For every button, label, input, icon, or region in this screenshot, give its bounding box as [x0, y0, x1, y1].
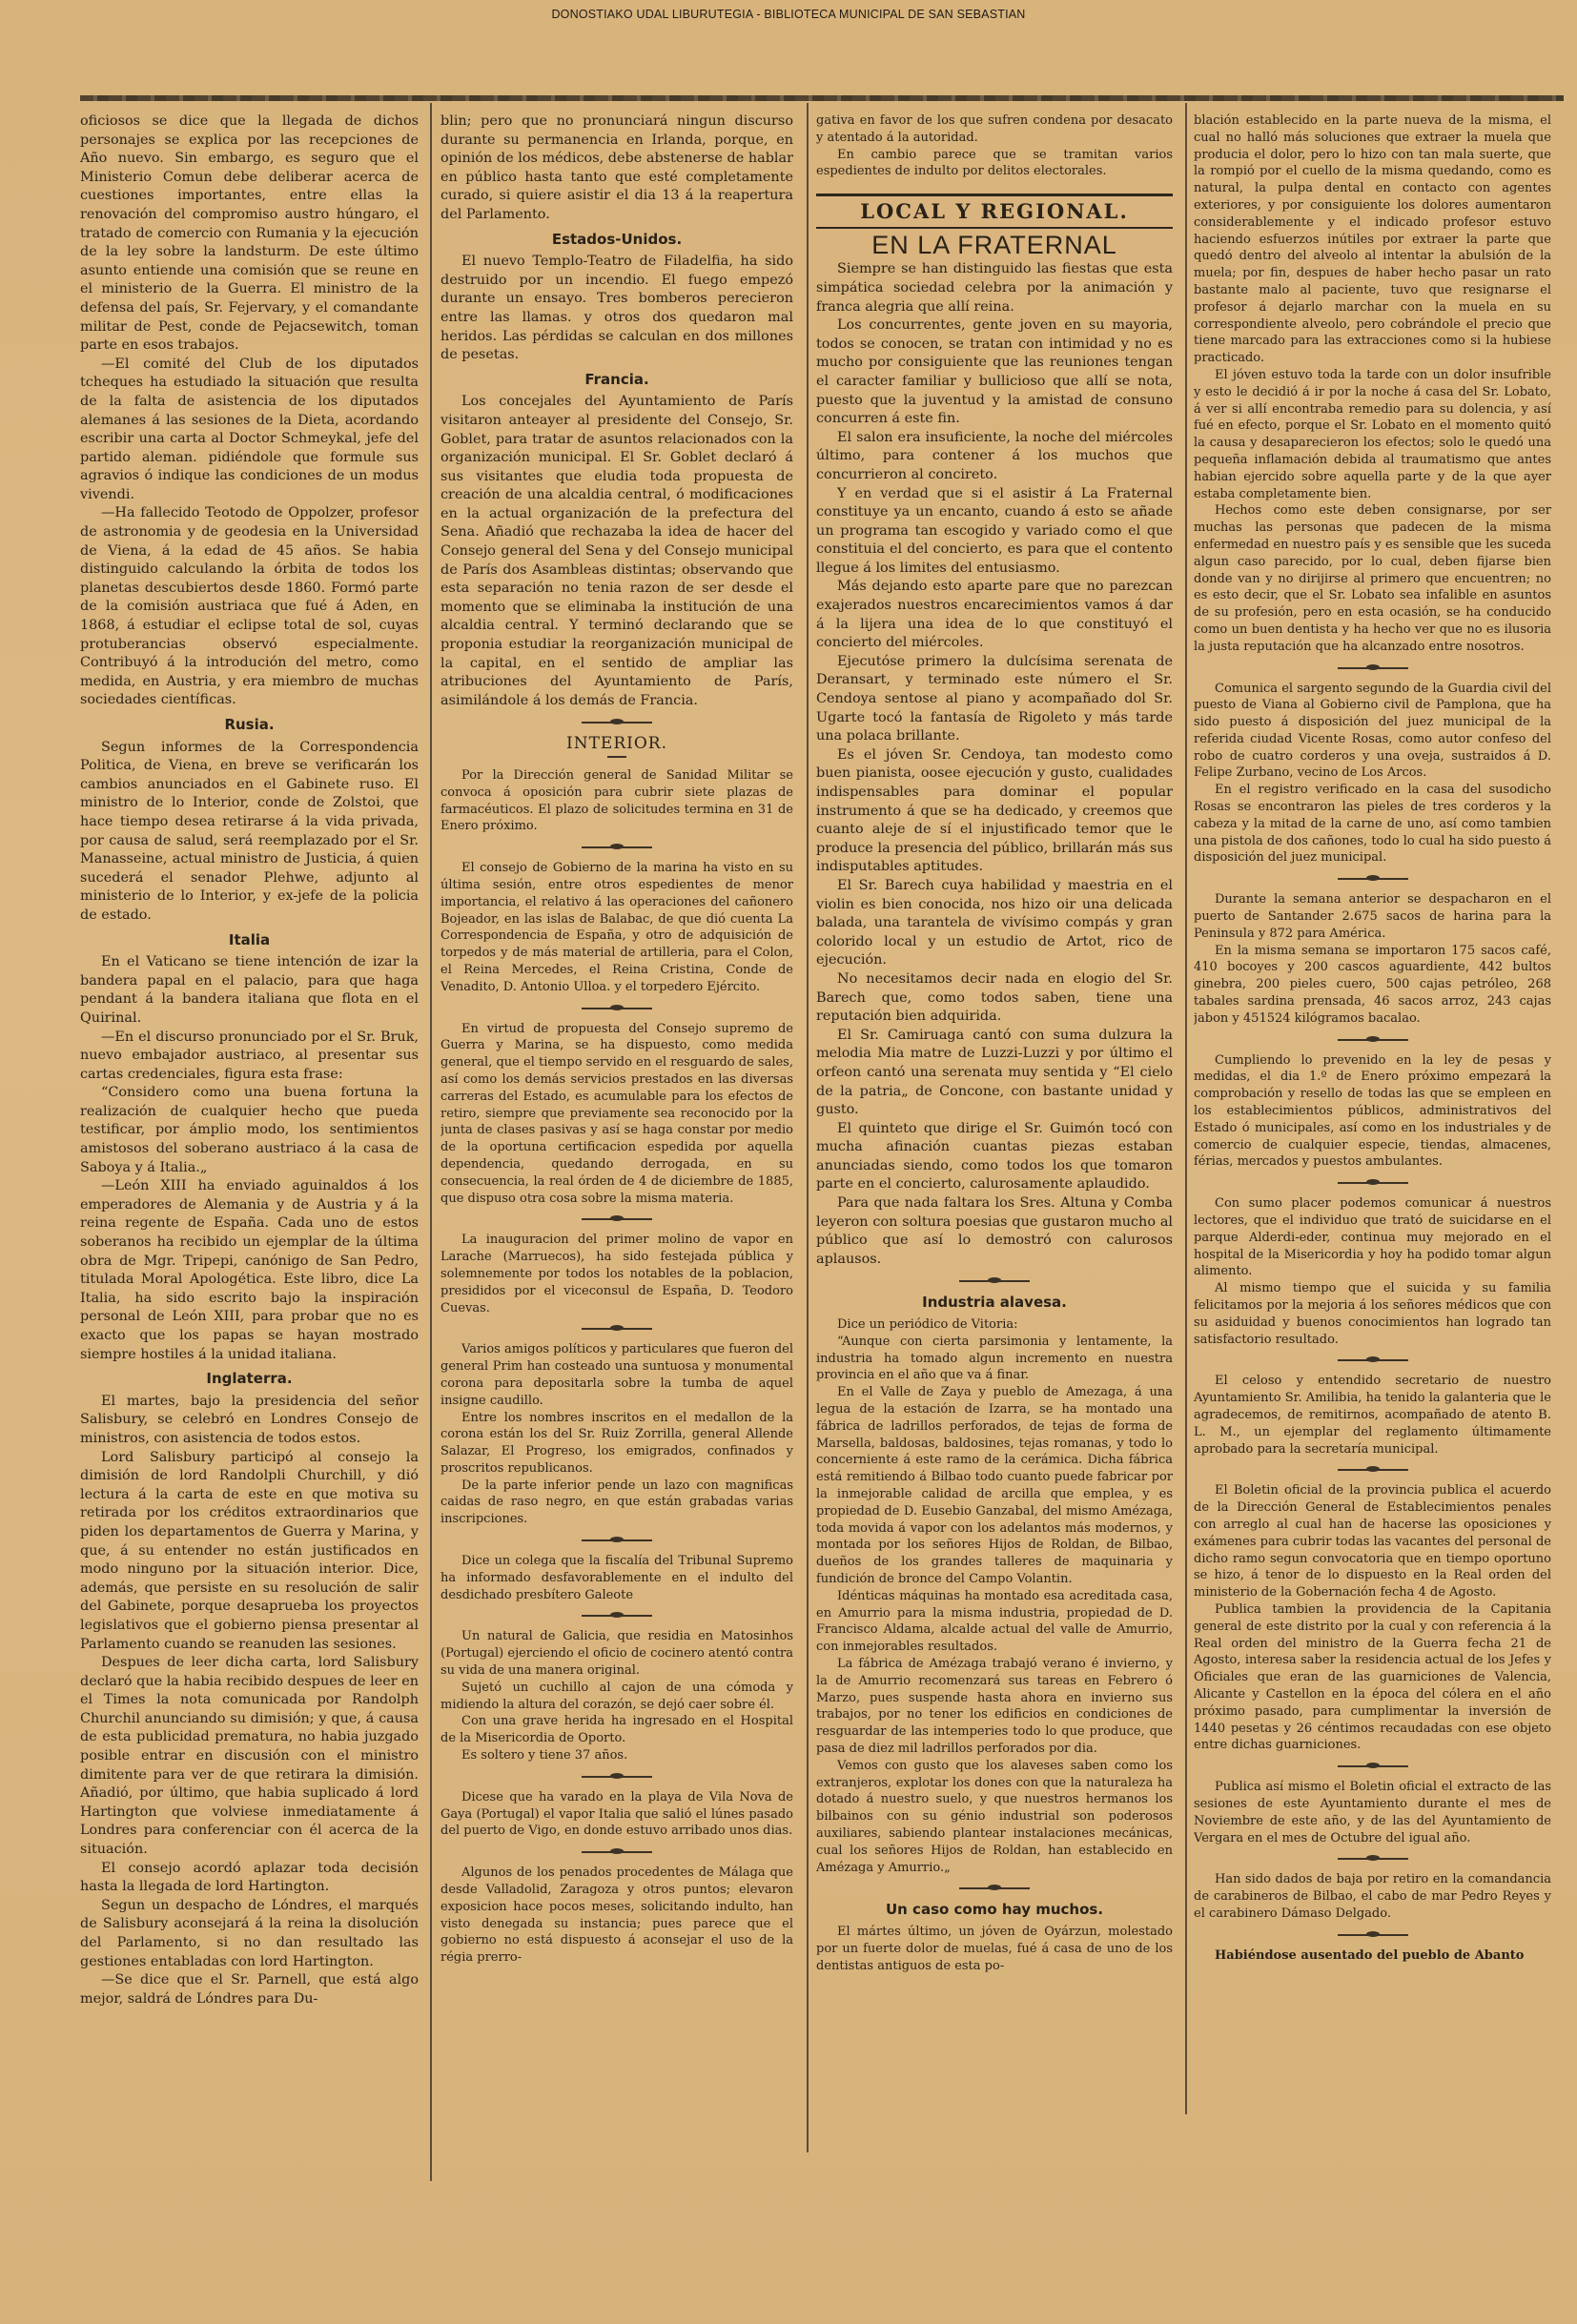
article-paragraph: De la parte inferior pende un lazo con m…: [440, 1478, 793, 1528]
article-paragraph: El Sr. Barech cuya habilidad y maestria …: [816, 877, 1173, 970]
article-paragraph: Comunica el sargento segundo de la Guard…: [1194, 681, 1551, 783]
article-paragraph: Más dejando esto aparte pare que no pare…: [816, 578, 1173, 652]
article-paragraph: Sujetó un cuchillo al cajon de una cómod…: [440, 1680, 793, 1714]
article-paragraph: Publica así mismo el Boletin oficial el …: [1194, 1779, 1551, 1846]
article-paragraph: “Considero como una buena fortuna la rea…: [80, 1084, 419, 1177]
article-paragraph: El martes, bajo la presidencia del señor…: [80, 1393, 419, 1449]
article-paragraph: Segun informes de la Correspondencia Pol…: [80, 739, 419, 926]
ornament-divider: [1194, 1356, 1551, 1365]
article-paragraph: La fábrica de Amézaga trabajó verano é i…: [816, 1656, 1173, 1758]
article-paragraph: No necesitamos decir nada en elogio del …: [816, 970, 1173, 1027]
article-paragraph: En virtud de propuesta del Consejo supre…: [440, 1021, 793, 1208]
ornament-divider: [440, 1611, 793, 1621]
ornament-divider: [440, 1772, 793, 1782]
article-paragraph: Para que nada faltara los Sres. Altuna y…: [816, 1194, 1173, 1269]
article-paragraph: gativa en favor de los que sufren conden…: [816, 112, 1173, 147]
section-heading-industria: Industria alavesa.: [816, 1294, 1173, 1313]
article-paragraph: El jóven estuvo toda la tarde con un dol…: [1194, 367, 1551, 502]
article-paragraph: Los concurrentes, gente joven en su mayo…: [816, 316, 1173, 429]
article-paragraph: Idénticas máquinas ha montado esa acredi…: [816, 1588, 1173, 1656]
article-paragraph: Entre los nombres inscritos en el medall…: [440, 1410, 793, 1478]
ornament-divider: [440, 1214, 793, 1224]
article-paragraph: Dicese que ha varado en la playa de Vila…: [440, 1789, 793, 1840]
column-divider: [807, 103, 809, 2152]
ornament-divider: [1194, 663, 1551, 673]
section-heading-interior: INTERIOR.: [440, 735, 793, 754]
ornament-divider: [1194, 1762, 1551, 1771]
article-paragraph: —El comité del Club de los diputados tch…: [80, 356, 419, 505]
article-paragraph: Hechos como este deben consignarse, por …: [1194, 502, 1551, 655]
ornament-divider: [1194, 1035, 1551, 1045]
article-paragraph: En la misma semana se importaron 175 sac…: [1194, 943, 1551, 1028]
article-paragraph: Por la Dirección general de Sanidad Mili…: [440, 767, 793, 835]
article-paragraph: El Sr. Camiruaga cantó con suma dulzura …: [816, 1027, 1173, 1120]
article-paragraph: La inauguracion del primer molino de vap…: [440, 1232, 793, 1316]
article-paragraph: Es soltero y tiene 37 años.: [440, 1747, 793, 1764]
section-heading-rusia: Rusia.: [80, 716, 419, 735]
ornament-divider: [440, 843, 793, 852]
article-paragraph: En el Vaticano se tiene intención de iza…: [80, 953, 419, 1028]
article-paragraph: El Boletin oficial de la provincia publi…: [1194, 1482, 1551, 1601]
article-paragraph: El celoso y entendido secretario de nues…: [1194, 1373, 1551, 1458]
column-3: gativa en favor de los que sufren conden…: [816, 112, 1173, 2295]
ornament-divider: [440, 1847, 793, 1857]
article-paragraph: Han sido dados de baja por retiro en la …: [1194, 1871, 1551, 1922]
article-paragraph: Los concejales del Ayuntamiento de París…: [440, 393, 793, 710]
article-paragraph: oficiosos se dice que la llegada de dich…: [80, 112, 419, 356]
article-paragraph: —Ha fallecido Teotodo de Oppolzer, profe…: [80, 504, 419, 710]
ornament-divider: [440, 1536, 793, 1545]
article-paragraph: Despues de leer dicha carta, lord Salisb…: [80, 1654, 419, 1860]
article-paragraph: —En el discurso pronunciado por el Sr. B…: [80, 1029, 419, 1085]
article-paragraph: —León XIII ha enviado aguinaldos á los e…: [80, 1177, 419, 1364]
article-paragraph: Con sumo placer podemos comunicar á nues…: [1194, 1195, 1551, 1280]
article-paragraph: En cambio parece que se tramitan varios …: [816, 147, 1173, 181]
article-paragraph: blin; pero que no pronunciará ningun dis…: [440, 112, 793, 225]
article-paragraph: El mártes último, un jóven de Oyárzun, m…: [816, 1924, 1173, 1974]
ornament-divider: [1194, 1854, 1551, 1864]
ornament-divider: [440, 1004, 793, 1013]
article-paragraph: Vemos con gusto que los alaveses saben c…: [816, 1758, 1173, 1877]
article-paragraph: Dice un periódico de Vitoria:: [816, 1316, 1173, 1334]
article-paragraph: El consejo acordó aplazar toda decisión …: [80, 1860, 419, 1897]
article-title-fraternal: EN LA FRATERNAL: [816, 236, 1173, 255]
top-rule: [80, 95, 1564, 101]
ornament-divider: [440, 718, 793, 727]
section-heading-francia: Francia.: [440, 371, 793, 390]
column-4: blación establecido en la parte nueva de…: [1194, 112, 1551, 2295]
article-paragraph: Cumpliendo lo prevenido en la ley de pes…: [1194, 1052, 1551, 1172]
article-paragraph: Dice un colega que la fiscalía del Tribu…: [440, 1553, 793, 1603]
article-paragraph: El quinteto que dirige el Sr. Guimón toc…: [816, 1120, 1173, 1194]
section-heading-caso: Un caso como hay muchos.: [816, 1901, 1173, 1920]
dash-divider: [607, 756, 626, 758]
ornament-divider: [816, 1276, 1173, 1286]
article-paragraph: blación establecido en la parte nueva de…: [1194, 112, 1551, 367]
column-2: blin; pero que no pronunciará ningun dis…: [440, 112, 793, 2295]
article-paragraph: Algunos de los penados procedentes de Má…: [440, 1865, 793, 1967]
ornament-divider: [1194, 874, 1551, 884]
article-paragraph: Habiéndose ausentado del pueblo de Abant…: [1194, 1947, 1551, 1965]
article-paragraph: El nuevo Templo-Teatro de Filadelfia, ha…: [440, 253, 793, 365]
article-paragraph: En el registro verificado en la casa del…: [1194, 782, 1551, 866]
ornament-divider: [1194, 1465, 1551, 1475]
article-paragraph: Al mismo tiempo que el suicida y su fami…: [1194, 1280, 1551, 1348]
section-heading-estados-unidos: Estados-Unidos.: [440, 231, 793, 250]
ornament-divider: [816, 1884, 1173, 1893]
article-paragraph: El salon era insuficiente, la noche del …: [816, 429, 1173, 485]
article-paragraph: Es el jóven Sr. Cendoya, tan modesto com…: [816, 746, 1173, 877]
article-paragraph: —Se dice que el Sr. Parnell, que está al…: [80, 1971, 419, 2008]
article-paragraph: Lord Salisbury participó al consejo la d…: [80, 1449, 419, 1655]
article-paragraph: Publica tambien la providencia de la Cap…: [1194, 1601, 1551, 1754]
article-paragraph: Ejecutóse primero la dulcísima serenata …: [816, 653, 1173, 746]
section-heading-local-regional: LOCAL Y REGIONAL.: [816, 194, 1173, 229]
ornament-divider: [1194, 1178, 1551, 1188]
article-paragraph: Siempre se han distinguido las fiestas q…: [816, 260, 1173, 316]
article-paragraph: Segun un despacho de Lóndres, el marqués…: [80, 1897, 419, 1971]
ornament-divider: [1194, 1930, 1551, 1940]
column-1: oficiosos se dice que la llegada de dich…: [80, 112, 419, 2295]
article-paragraph: Un natural de Galicia, que residia en Ma…: [440, 1628, 793, 1679]
column-divider: [430, 103, 432, 2181]
article-paragraph: Con una grave herida ha ingresado en el …: [440, 1713, 793, 1747]
article-paragraph: Durante la semana anterior se despacharo…: [1194, 891, 1551, 942]
article-paragraph: Y en verdad que si el asistir á La Frate…: [816, 485, 1173, 579]
ornament-divider: [440, 1324, 793, 1334]
article-paragraph: En el Valle de Zaya y pueblo de Amezaga,…: [816, 1384, 1173, 1588]
article-paragraph: El consejo de Gobierno de la marina ha v…: [440, 860, 793, 995]
article-paragraph: Varios amigos políticos y particulares q…: [440, 1341, 793, 1409]
column-divider: [1185, 103, 1187, 2114]
section-heading-inglaterra: Inglaterra.: [80, 1370, 419, 1389]
library-watermark: DONOSTIAKO UDAL LIBURUTEGIA - BIBLIOTECA…: [0, 8, 1577, 21]
section-heading-italia: Italia: [80, 931, 419, 950]
article-paragraph: “Aunque con cierta parsimonia y lentamen…: [816, 1334, 1173, 1384]
